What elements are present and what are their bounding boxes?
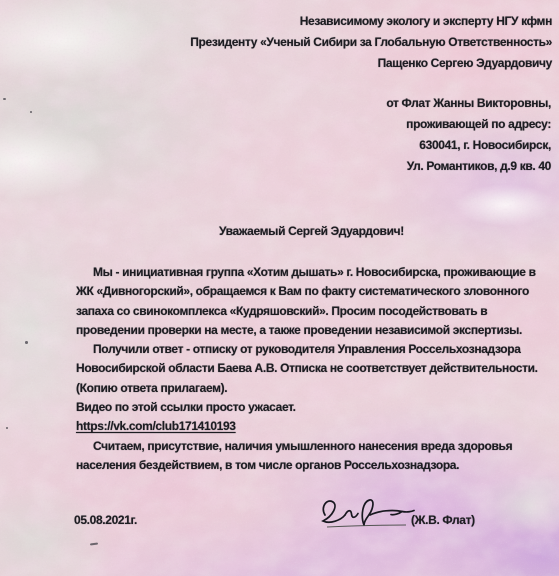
scan-speckle bbox=[30, 111, 32, 113]
scanned-letter-page: Независимому экологу и эксперту НГУ кфмн… bbox=[0, 0, 559, 576]
sender-block: от Флат Жанны Викторовны, проживающей по… bbox=[386, 93, 551, 177]
body-line: Новосибирской области Баева А.В. Отписка… bbox=[76, 359, 538, 378]
recipient-line: Президенту «Ученый Сибири за Глобальную … bbox=[190, 32, 552, 53]
handwritten-signature bbox=[314, 494, 418, 534]
body-line: Видео по этой ссылки просто ужасает. bbox=[76, 398, 538, 417]
scan-speckle bbox=[6, 427, 8, 429]
scan-speckle bbox=[25, 341, 28, 344]
body-line: Мы - инициативная группа «Хотим дышать» … bbox=[76, 263, 538, 282]
sender-line: Ул. Романтиков, д.9 кв. 40 bbox=[386, 156, 551, 177]
scan-speckle bbox=[90, 542, 98, 545]
vk-link[interactable]: https://vk.com/club171410193 bbox=[76, 417, 538, 436]
body-line: Считаем, присутствие, наличия умышленног… bbox=[76, 437, 538, 456]
letter-date: 05.08.2021г. bbox=[74, 513, 137, 527]
sender-line: 630041, г. Новосибирск, bbox=[386, 135, 551, 156]
body-line: Получили ответ - отписку от руководителя… bbox=[76, 340, 538, 359]
sender-line: проживающей по адресу: bbox=[386, 114, 551, 135]
body-line: населения бездействием, в том числе орга… bbox=[76, 456, 538, 475]
scan-speckle bbox=[3, 98, 6, 100]
recipient-block: Независимому экологу и эксперту НГУ кфмн… bbox=[190, 11, 552, 74]
sender-line: от Флат Жанны Викторовны, bbox=[386, 93, 551, 114]
signature-name: (Ж.В. Флат) bbox=[411, 513, 475, 527]
letter-body: Мы - инициативная группа «Хотим дышать» … bbox=[76, 263, 538, 475]
body-line: проведении проверки на месте, а также пр… bbox=[76, 321, 538, 340]
body-line: (Копию ответа прилагаем). bbox=[76, 379, 538, 398]
recipient-line: Пащенко Сергею Эдуардовичу bbox=[190, 53, 552, 74]
recipient-line: Независимому экологу и эксперту НГУ кфмн bbox=[190, 11, 552, 32]
salutation: Уважаемый Сергей Эдуардович! bbox=[219, 224, 404, 238]
body-line: запаха со свинокомплекса «Кудряшовский».… bbox=[76, 302, 538, 321]
body-line: ЖК «Дивногорский», обращаемся к Вам по ф… bbox=[76, 282, 538, 301]
